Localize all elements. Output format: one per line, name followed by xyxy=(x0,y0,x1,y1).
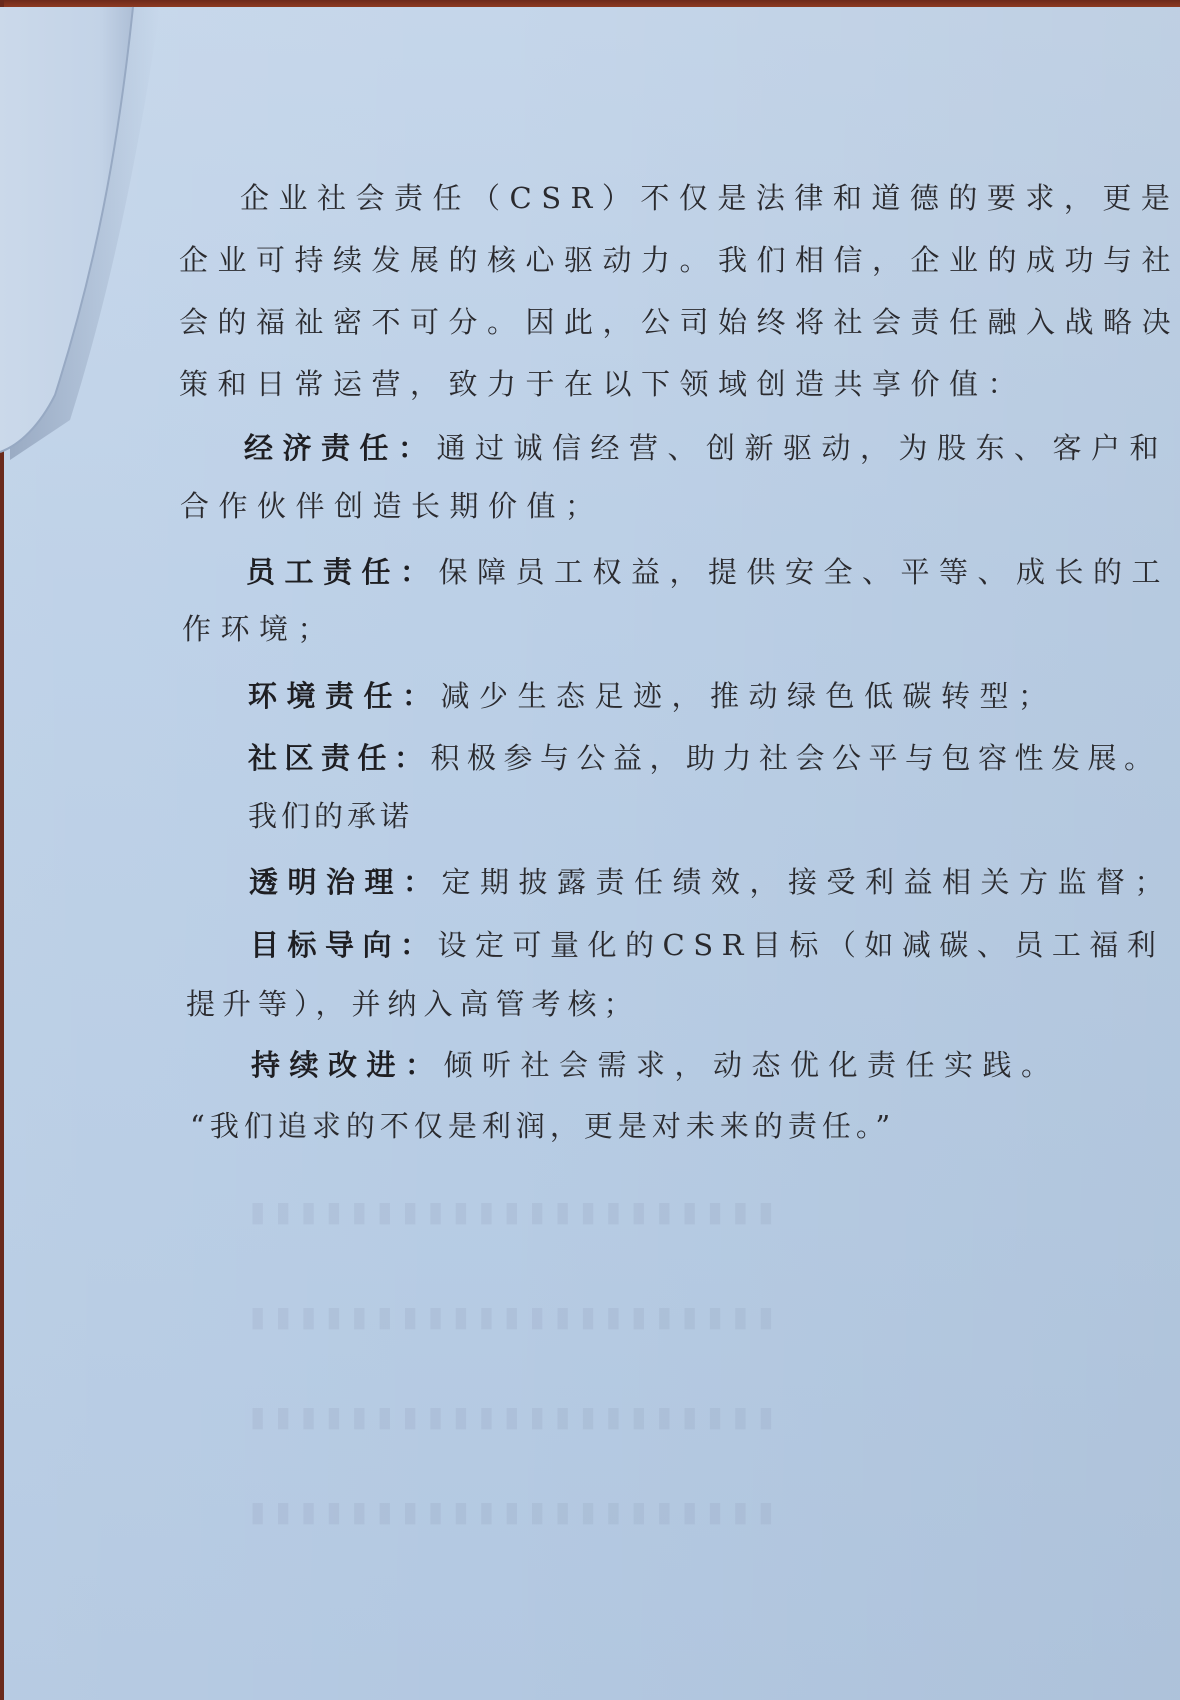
commitment-improvement: 持续改进：倾听社会需求，动态优化责任实践。 xyxy=(251,1048,1060,1082)
area-community-text: 积极参与公益，助力社会公平与包容性发展。 xyxy=(431,741,1161,775)
area-employee-label: 员工责任： xyxy=(246,555,439,589)
area-environment-text: 减少生态足迹，推动绿色低碳转型； xyxy=(441,679,1057,713)
commitment-improvement-label: 持续改进： xyxy=(251,1048,444,1082)
commitment-goals-cont: 提升等），并纳入高管考核； xyxy=(186,987,640,1021)
intro-line-3: 会的福祉密不可分。因此，公司始终将社会责任融入战略决 xyxy=(179,305,1180,339)
commitment-transparency-label: 透明治理： xyxy=(249,865,442,899)
area-environment-label: 环境责任： xyxy=(248,679,441,713)
intro-line-1: 企业社会责任（CSR）不仅是法律和道德的要求，更是 xyxy=(240,181,1179,215)
area-economic: 经济责任：通过诚信经营、创新驱动，为股东、客户和 xyxy=(244,431,1168,465)
area-environment: 环境责任：减少生态足迹，推动绿色低碳转型； xyxy=(248,679,1057,713)
commitment-goals-text: 设定可量化的CSR目标（如减碳、员工福利 xyxy=(438,928,1165,962)
wooden-surface-top-edge xyxy=(0,0,1180,7)
area-employee: 员工责任：保障员工权益，提供安全、平等、成长的工 xyxy=(246,555,1170,589)
bleed-through-text: ▮▮▮▮▮▮▮▮▮▮▮▮▮▮▮▮▮▮▮▮▮ xyxy=(240,1300,774,1333)
bleed-through-text: ▮▮▮▮▮▮▮▮▮▮▮▮▮▮▮▮▮▮▮▮▮ xyxy=(240,1495,774,1528)
commitment-goals: 目标导向：设定可量化的CSR目标（如减碳、员工福利 xyxy=(250,928,1164,962)
commitment-heading: 我们的承诺 xyxy=(248,799,413,833)
bleed-through-text: ▮▮▮▮▮▮▮▮▮▮▮▮▮▮▮▮▮▮▮▮▮ xyxy=(240,1195,774,1228)
commitment-goals-label: 目标导向： xyxy=(250,928,438,962)
commitment-improvement-text: 倾听社会需求，动态优化责任实践。 xyxy=(444,1048,1060,1082)
area-economic-cont: 合作伙伴创造长期价值； xyxy=(180,489,604,523)
area-employee-cont: 作环境； xyxy=(182,612,336,646)
intro-line-2: 企业可持续发展的核心驱动力。我们相信，企业的成功与社 xyxy=(179,243,1180,277)
area-economic-text: 通过诚信经营、创新驱动，为股东、客户和 xyxy=(437,431,1169,465)
area-community-label: 社区责任： xyxy=(248,741,431,775)
area-employee-text: 保障员工权益，提供安全、平等、成长的工 xyxy=(439,555,1171,589)
intro-line-4: 策和日常运营，致力于在以下领域创造共享价值： xyxy=(179,367,1026,401)
commitment-transparency: 透明治理：定期披露责任绩效，接受利益相关方监督； xyxy=(249,865,1173,899)
bleed-through-text: ▮▮▮▮▮▮▮▮▮▮▮▮▮▮▮▮▮▮▮▮▮ xyxy=(240,1400,774,1433)
wooden-surface-left-edge xyxy=(0,0,4,1700)
commitment-transparency-text: 定期披露责任绩效，接受利益相关方监督； xyxy=(442,865,1174,899)
closing-quote: “我们追求的不仅是利润，更是对未来的责任。” xyxy=(190,1109,895,1143)
area-economic-label: 经济责任： xyxy=(244,431,437,465)
area-community: 社区责任：积极参与公益，助力社会公平与包容性发展。 xyxy=(248,741,1161,775)
